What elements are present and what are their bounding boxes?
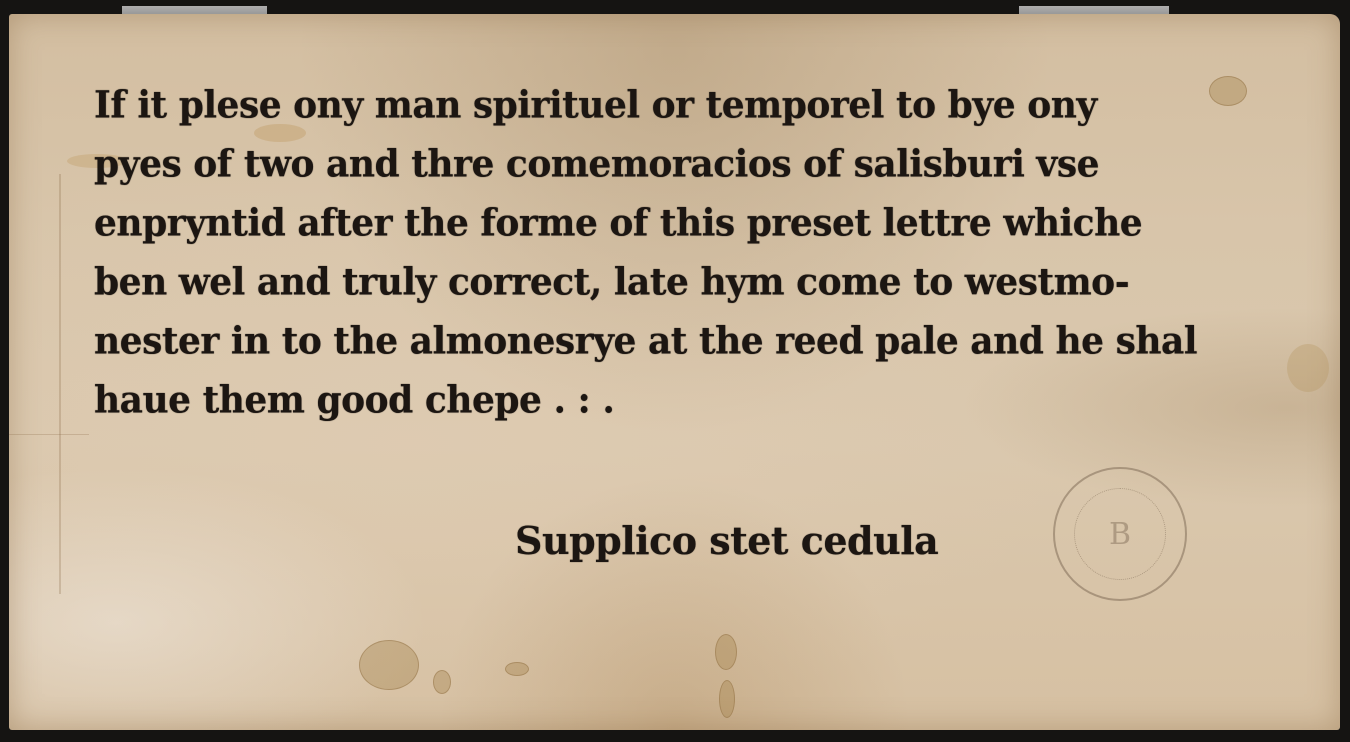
text-line-5: nester in to the almonesrye at the reed … <box>94 311 1274 373</box>
crease <box>59 174 61 594</box>
text-line-1: If it plese ony man spirituel or tempore… <box>94 75 1274 137</box>
paper-sheet: If it plese ony man spirituel or tempore… <box>9 14 1340 730</box>
advertisement-text: If it plese ony man spirituel or tempore… <box>94 76 1274 430</box>
colophon: Supplico stet cedula <box>515 518 938 563</box>
text-line-2: pyes of two and thre comemoracios of sal… <box>94 134 1274 196</box>
crease <box>9 434 89 435</box>
scan-frame: If it plese ony man spirituel or tempore… <box>0 0 1350 742</box>
stain <box>505 662 529 676</box>
library-stamp-icon: B <box>1053 467 1187 601</box>
stain <box>719 680 735 718</box>
text-line-6: haue them good chepe . : . <box>94 370 1274 432</box>
text-line-3: enpryntid after the forme of this preset… <box>94 193 1274 255</box>
stain <box>433 670 451 694</box>
stain <box>715 634 737 670</box>
text-line-4: ben wel and truly correct, late hym come… <box>94 252 1274 314</box>
stain <box>359 640 419 690</box>
stamp-center: B <box>1074 488 1166 580</box>
stain <box>1287 344 1329 392</box>
